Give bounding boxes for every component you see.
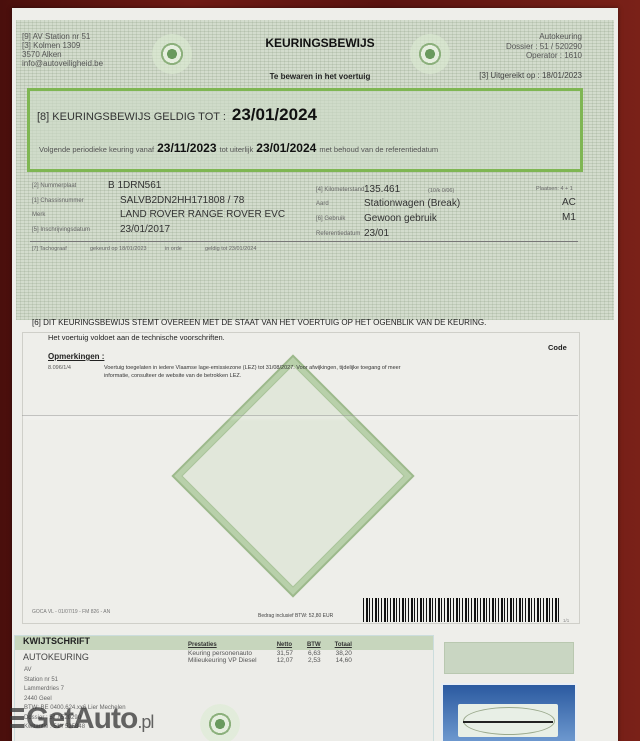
- table-row: Milieukeuring VP Diesel 12,07 2,53 14,60: [188, 657, 366, 664]
- plate-label: [2] Nummerplaat: [32, 183, 76, 189]
- seal-line: [463, 721, 553, 723]
- tachograph-status: in orde: [165, 246, 182, 252]
- mileage-note: (10/k 0/06): [428, 188, 454, 194]
- body-code: AC: [562, 197, 576, 208]
- table-header-row: Prestaties Netto BTW Totaal: [188, 642, 366, 650]
- service-cell: Keuring personenauto: [188, 650, 277, 657]
- chassis-value: SALVB2DN2HH171808 / 78: [120, 195, 244, 206]
- registration-label: [5] Inschrijvingsdatum: [32, 227, 90, 233]
- mileage-value: 135.461: [364, 184, 400, 195]
- operator-number: Operator : 1610: [506, 51, 582, 61]
- usage-label: [6] Gebruik: [316, 216, 345, 222]
- netto-cell: 31,57: [277, 650, 307, 657]
- paper-fold: [22, 415, 578, 416]
- next-inspection-line: Volgende periodieke keuring vanaf23/11/2…: [39, 141, 438, 155]
- column-header: BTW: [307, 642, 335, 650]
- tachograph-label: [7] Tachograaf: [32, 246, 67, 252]
- next-suffix: met behoud van de referentiedatum: [319, 145, 438, 154]
- divider: [30, 241, 578, 242]
- address-line: Lammerdries 7: [24, 685, 126, 695]
- usage-value: Gewoon gebruik: [364, 213, 437, 224]
- dossier-line: Autokeuring: [506, 32, 582, 42]
- valid-until-date: 23/01/2024: [232, 105, 317, 124]
- next-mid: tot uiterlijk: [220, 145, 254, 154]
- seats-count: Plaatsen: 4 + 1: [536, 186, 573, 192]
- validity-box: [8] KEURINGSBEWIJS GELDIG TOT :23/01/202…: [27, 88, 583, 172]
- eye-logo-icon: [200, 704, 240, 741]
- vignette-seal: [441, 683, 577, 741]
- make-value: LAND ROVER RANGE ROVER EVC: [120, 209, 285, 220]
- body-type-value: Stationwagen (Break): [364, 198, 460, 209]
- address-line: Station nr 51: [24, 676, 126, 686]
- form-code: GOCA VL - 01/07/19 - FM 826 - AN: [32, 609, 110, 615]
- remarks-title: Opmerkingen :: [48, 352, 104, 361]
- receipt-title: KWIJTSCHRIFT: [23, 636, 90, 646]
- btw-cell: 6,63: [307, 650, 335, 657]
- total-cell: 38,20: [335, 650, 366, 657]
- reference-date-value: 23/01: [364, 228, 389, 239]
- conforms-text: Het voertuig voldoet aan de technische v…: [48, 333, 225, 342]
- remark-text-line: Voertuig toegelaten in iedere Vlaamse la…: [104, 365, 401, 371]
- reference-date-label: Referentiedatum: [316, 231, 360, 237]
- code-label: Code: [548, 343, 567, 352]
- barcode: [363, 598, 559, 622]
- remark-code: 8.096/1/4: [48, 365, 71, 371]
- column-header: Totaal: [335, 642, 366, 650]
- conformity-statement: [6] DIT KEURINGSBEWIJS STEMT OVEREEN MET…: [32, 318, 486, 327]
- receipt-table: Prestaties Netto BTW Totaal Keuring pers…: [188, 642, 366, 664]
- remark-text-line: informatie, consulteer de website van de…: [104, 373, 241, 379]
- total-cell: 14,60: [335, 657, 366, 664]
- total-amount: Bedrag inclusief BTW: 52,80 EUR: [258, 613, 333, 619]
- next-prefix: Volgende periodieke keuring vanaf: [39, 145, 154, 154]
- mileage-label: [4] Kilometerstand: [316, 187, 364, 193]
- validity-line: [8] KEURINGSBEWIJS GELDIG TOT :23/01/202…: [37, 105, 317, 125]
- brand-logo-icon: [10, 708, 24, 730]
- station-email: info@autoveiligheid.be: [22, 59, 103, 68]
- plate-value: B 1DRN561: [108, 180, 161, 191]
- dossier-number: Dossier : 51 / 520290: [506, 42, 582, 52]
- validity-label: [8] KEURINGSBEWIJS GELDIG TOT :: [37, 111, 226, 123]
- issued-date: [3] Uitgereikt op : 18/01/2023: [479, 71, 582, 80]
- registration-value: 23/01/2017: [120, 224, 170, 235]
- next-from-date: 23/11/2023: [157, 141, 216, 155]
- btw-cell: 2,53: [307, 657, 335, 664]
- page-number: 1/1: [563, 618, 569, 623]
- receipt-company: AUTOKEURING: [23, 652, 89, 662]
- column-header: Netto: [277, 642, 307, 650]
- watermark-tld: .pl: [137, 712, 153, 732]
- chassis-label: [1] Chassisnummer: [32, 198, 84, 204]
- station-line: 3570 Alken: [22, 50, 103, 59]
- next-to-date: 23/01/2024: [256, 141, 316, 155]
- tachograph-checked: gekeurd op 18/01/2023: [90, 246, 147, 252]
- service-cell: Milieukeuring VP Diesel: [188, 657, 277, 664]
- make-label: Merk: [32, 212, 45, 218]
- body-type-label: Aard: [316, 201, 329, 207]
- table-row: Keuring personenauto 31,57 6,63 38,20: [188, 650, 366, 657]
- dossier-info: Autokeuring Dossier : 51 / 520290 Operat…: [506, 32, 582, 61]
- watermark-brand: GetAuto: [26, 702, 137, 735]
- netto-cell: 12,07: [277, 657, 307, 664]
- stamp-area: [444, 642, 574, 674]
- category-code: M1: [562, 212, 576, 223]
- tachograph-valid: geldig tot 23/01/2024: [205, 246, 256, 252]
- column-header: Prestaties: [188, 642, 277, 650]
- getauto-watermark: GetAuto.pl: [10, 702, 153, 736]
- address-line: AV: [24, 666, 126, 676]
- vignette-inner: [458, 704, 558, 737]
